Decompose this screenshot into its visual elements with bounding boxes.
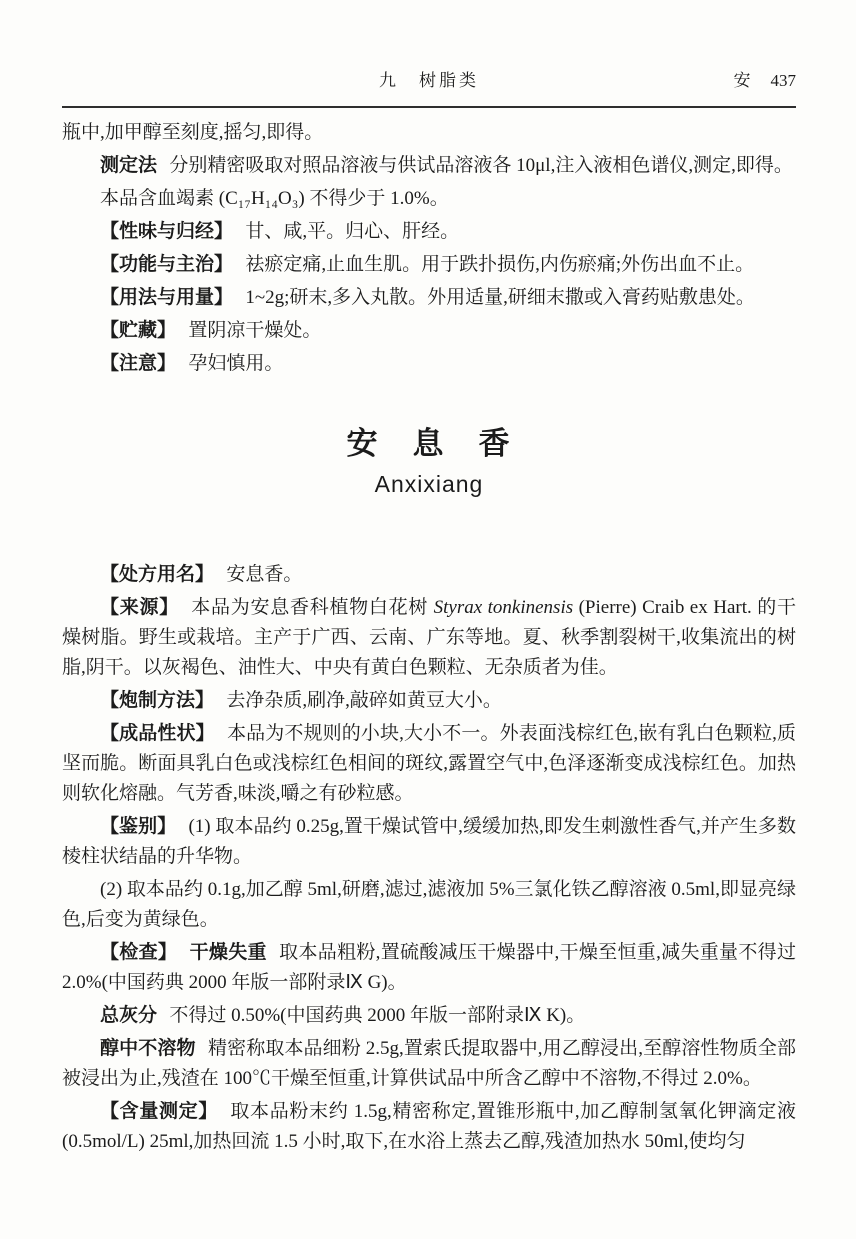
section-label: 【注意】 [100, 353, 176, 374]
para-text: 甘、咸,平。归心、肝经。 [245, 221, 459, 242]
latin-authority: (Pierre) Craib ex Hart. [573, 597, 757, 618]
section-label: 【用法与用量】 [100, 287, 233, 308]
para-check-total-ash: 总灰分不得过 0.50%(中国药典 2000 年版一部附录Ⅸ K)。 [62, 1001, 796, 1031]
para-caution: 【注意】孕妇慎用。 [62, 349, 796, 379]
section-label: 【功能与主治】 [100, 254, 233, 275]
para-identification-2: (2) 取本品约 0.1g,加乙醇 5ml,研磨,滤过,滤液加 5%三氯化铁乙醇… [62, 875, 796, 935]
para-continuation: 瓶中,加甲醇至刻度,摇匀,即得。 [62, 118, 796, 148]
section-label: 【含量测定】 [100, 1101, 218, 1122]
para-text: 1~2g;研末,多入丸散。外用适量,研细末撒或入膏药贴敷患处。 [245, 287, 755, 308]
latin-binomial: Styrax tonkinensis [434, 597, 574, 618]
section-heading: 九 树脂类 [62, 66, 796, 91]
para-rx-name: 【处方用名】安息香。 [62, 560, 796, 590]
monograph-pinyin: Anxixiang [62, 471, 796, 498]
para-check-alcohol-insoluble: 醇中不溶物精密称取本品细粉 2.5g,置索氏提取器中,用乙醇浸出,至醇溶性物质全… [62, 1034, 796, 1094]
para-source: 【来源】本品为安息香科植物白花树 Styrax tonkinensis (Pie… [62, 593, 796, 683]
section-label: 【处方用名】 [100, 564, 214, 585]
para-text: (2) 取本品约 0.1g,加乙醇 5ml,研磨,滤过,滤液加 5%三氯化铁乙醇… [62, 879, 796, 930]
section-label: 【成品性状】 [100, 723, 215, 744]
para-content-limit: 本品含血竭素 (C₁₇H₁₄O₃) 不得少于 1.0%。 [62, 184, 796, 214]
para-text: 瓶中,加甲醇至刻度,摇匀,即得。 [62, 122, 323, 143]
para-function-indication: 【功能与主治】祛瘀定痛,止血生肌。用于跌扑损伤,内伤瘀痛;外伤出血不止。 [62, 250, 796, 280]
page-number: 437 [771, 71, 797, 91]
para-sublabel: 测定法 [100, 155, 157, 176]
para-text: 去净杂质,刷净,敲碎如黄豆大小。 [226, 690, 502, 711]
para-check-drying: 【检查】干燥失重取本品粗粉,置硫酸减压干燥器中,干燥至恒重,减失重量不得过 2.… [62, 938, 796, 998]
section-label: 【鉴别】 [100, 816, 176, 837]
section-label: 【性味与归经】 [100, 221, 233, 242]
para-identification-1: 【鉴别】(1) 取本品约 0.25g,置干燥试管中,缓缓加热,即发生刺激性香气,… [62, 812, 796, 872]
para-storage: 【贮藏】置阴凉干燥处。 [62, 316, 796, 346]
document-page: 九 树脂类 安 437 瓶中,加甲醇至刻度,摇匀,即得。 测定法分别精密吸取对照… [0, 0, 856, 1157]
section-label: 【来源】 [100, 597, 179, 618]
para-text: 置阴凉干燥处。 [188, 320, 321, 341]
para-dosage: 【用法与用量】1~2g;研末,多入丸散。外用适量,研细末撒或入膏药贴敷患处。 [62, 283, 796, 313]
page-header-right: 安 437 [734, 66, 797, 91]
section-label: 【贮藏】 [100, 320, 176, 341]
para-text: 安息香。 [226, 564, 302, 585]
para-text: 分别精密吸取对照品溶液与供试品溶液各 10μl,注入液相色谱仪,测定,即得。 [169, 155, 792, 176]
para-flavor-meridian: 【性味与归经】甘、咸,平。归心、肝经。 [62, 217, 796, 247]
para-processing: 【炮制方法】去净杂质,刷净,敲碎如黄豆大小。 [62, 686, 796, 716]
para-sublabel: 干燥失重 [190, 942, 267, 963]
monograph-body: 【处方用名】安息香。 【来源】本品为安息香科植物白花树 Styrax tonki… [62, 560, 796, 1157]
para-text: 祛瘀定痛,止血生肌。用于跌扑损伤,内伤瘀痛;外伤出血不止。 [245, 254, 754, 275]
para-text: 本品含血竭素 (C₁₇H₁₄O₃) 不得少于 1.0%。 [100, 188, 449, 209]
para-sublabel: 总灰分 [100, 1005, 157, 1026]
page-body: 瓶中,加甲醇至刻度,摇匀,即得。 测定法分别精密吸取对照品溶液与供试品溶液各 1… [62, 108, 796, 1157]
section-label: 【炮制方法】 [100, 690, 214, 711]
para-text: 本品为安息香科植物白花树 [191, 597, 433, 618]
index-char: 安 [734, 66, 751, 91]
section-label: 【检查】 [100, 942, 177, 963]
monograph-title: 安 息 香 [62, 425, 796, 463]
para-assay-method: 测定法分别精密吸取对照品溶液与供试品溶液各 10μl,注入液相色谱仪,测定,即得… [62, 151, 796, 181]
para-description: 【成品性状】本品为不规则的小块,大小不一。外表面浅棕红色,嵌有乳白色颗粒,质坚而… [62, 719, 796, 809]
para-text: 不得过 0.50%(中国药典 2000 年版一部附录Ⅸ K)。 [169, 1005, 585, 1026]
page-header: 九 树脂类 安 437 [62, 0, 796, 92]
para-assay: 【含量测定】取本品粉末约 1.5g,精密称定,置锥形瓶中,加乙醇制氢氧化钾滴定液… [62, 1097, 796, 1157]
para-text: 孕妇慎用。 [188, 353, 283, 374]
para-sublabel: 醇中不溶物 [100, 1038, 196, 1059]
